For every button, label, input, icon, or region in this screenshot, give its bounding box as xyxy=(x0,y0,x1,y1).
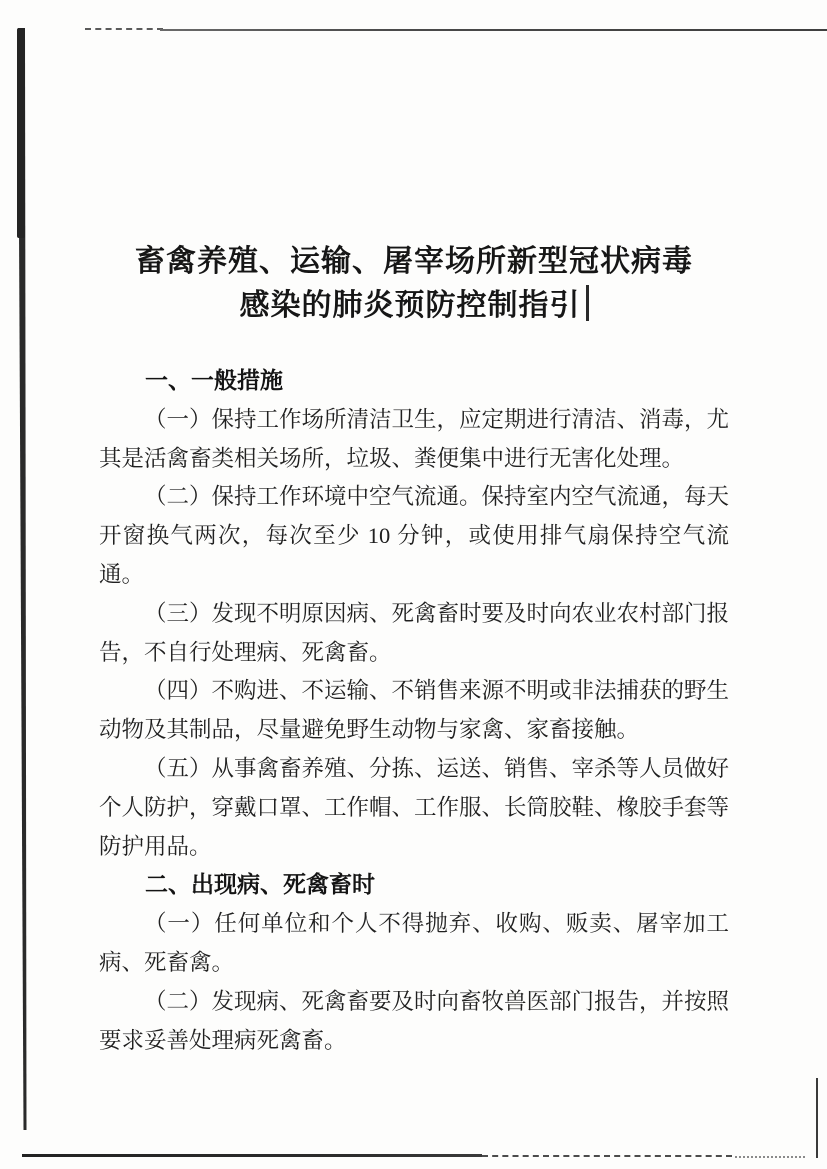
section-1-paragraph-4: （四）不购进、不运输、不销售来源不明或非法捕获的野生动物及其制品，尽量避免野生动… xyxy=(99,672,729,750)
document-content: 畜禽养殖、运输、屠宰场所新型冠状病毒 感染的肺炎预防控制指引 一、一般措施 （一… xyxy=(99,240,729,1060)
scan-edge-bottom-dots xyxy=(735,1156,805,1158)
section-2-heading: 二、出现病、死禽畜时 xyxy=(99,866,729,905)
scanned-document-page: 畜禽养殖、运输、屠宰场所新型冠状病毒 感染的肺炎预防控制指引 一、一般措施 （一… xyxy=(0,0,827,1169)
scan-stray-mark xyxy=(586,285,589,321)
section-2-paragraph-1: （一）任何单位和个人不得抛弃、收购、贩卖、屠宰加工病、死畜禽。 xyxy=(99,905,729,983)
section-2-paragraph-2: （二）发现病、死禽畜要及时向畜牧兽医部门报告，并按照要求妥善处理病死禽畜。 xyxy=(99,983,729,1061)
document-title: 畜禽养殖、运输、屠宰场所新型冠状病毒 感染的肺炎预防控制指引 xyxy=(99,240,729,328)
section-1-paragraph-2: （二）保持工作环境中空气流通。保持室内空气流通，每天开窗换气两次，每次至少 10… xyxy=(99,478,729,594)
scan-edge-bottom-dashes xyxy=(482,1155,732,1157)
scan-edge-bottom-line xyxy=(22,1154,482,1157)
title-line-2: 感染的肺炎预防控制指引 xyxy=(99,284,729,328)
section-1-paragraph-5: （五）从事禽畜养殖、分拣、运送、销售、宰杀等人员做好个人防护，穿戴口罩、工作帽、… xyxy=(99,750,729,866)
scan-edge-top-line xyxy=(160,29,827,31)
scan-edge-left-bar xyxy=(0,0,40,1169)
section-1-paragraph-1: （一）保持工作场所清洁卫生，应定期进行清洁、消毒，尤其是活禽畜类相关场所，垃圾、… xyxy=(99,401,729,479)
section-1-heading: 一、一般措施 xyxy=(99,362,729,401)
section-1-paragraph-3: （三）发现不明原因病、死禽畜时要及时向农业农村部门报告，不自行处理病、死禽畜。 xyxy=(99,595,729,673)
scan-edge-top-dashes xyxy=(85,28,163,30)
title-line-2-text: 感染的肺炎预防控制指引 xyxy=(240,288,581,323)
document-body: 一、一般措施 （一）保持工作场所清洁卫生，应定期进行清洁、消毒，尤其是活禽畜类相… xyxy=(99,362,729,1060)
scan-edge-right-line xyxy=(816,1078,818,1158)
title-line-1: 畜禽养殖、运输、屠宰场所新型冠状病毒 xyxy=(99,240,729,284)
